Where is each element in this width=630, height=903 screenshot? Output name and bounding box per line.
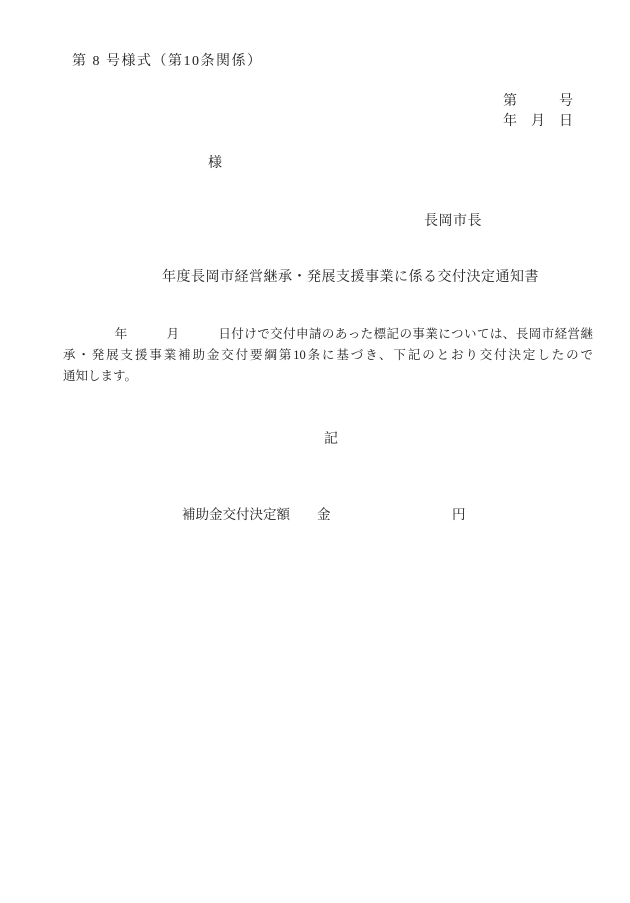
document-title: 年度長岡市経営継承・発展支援事業に係る交付決定通知書 (162, 266, 539, 286)
document-number-placeholder: 第 号 (503, 90, 573, 110)
ki-section-marker: 記 (324, 428, 338, 448)
grant-amount-line: 補助金交付決定額 金 円 (182, 503, 466, 523)
addressee-honorific: 様 (208, 152, 222, 172)
sender-mayor: 長岡市長 (424, 210, 482, 230)
form-number: 第 8 号様式（第10条関係） (72, 50, 263, 70)
body-paragraph: 年 月 日付けで交付申請のあった標記の事業については、長岡市経営継 承・発展支援… (63, 324, 593, 387)
body-line-3: 通知します。 (63, 366, 593, 387)
date-placeholder: 年 月 日 (503, 110, 573, 130)
document-page: 第 8 号様式（第10条関係） 第 号 年 月 日 様 長岡市長 年度長岡市経営… (0, 0, 630, 903)
body-line-1: 年 月 日付けで交付申請のあった標記の事業については、長岡市経営継 (63, 324, 593, 345)
body-line-2: 承・発展支援事業補助金交付要綱第10条に基づき、下記のとおり交付決定したので (63, 345, 593, 366)
